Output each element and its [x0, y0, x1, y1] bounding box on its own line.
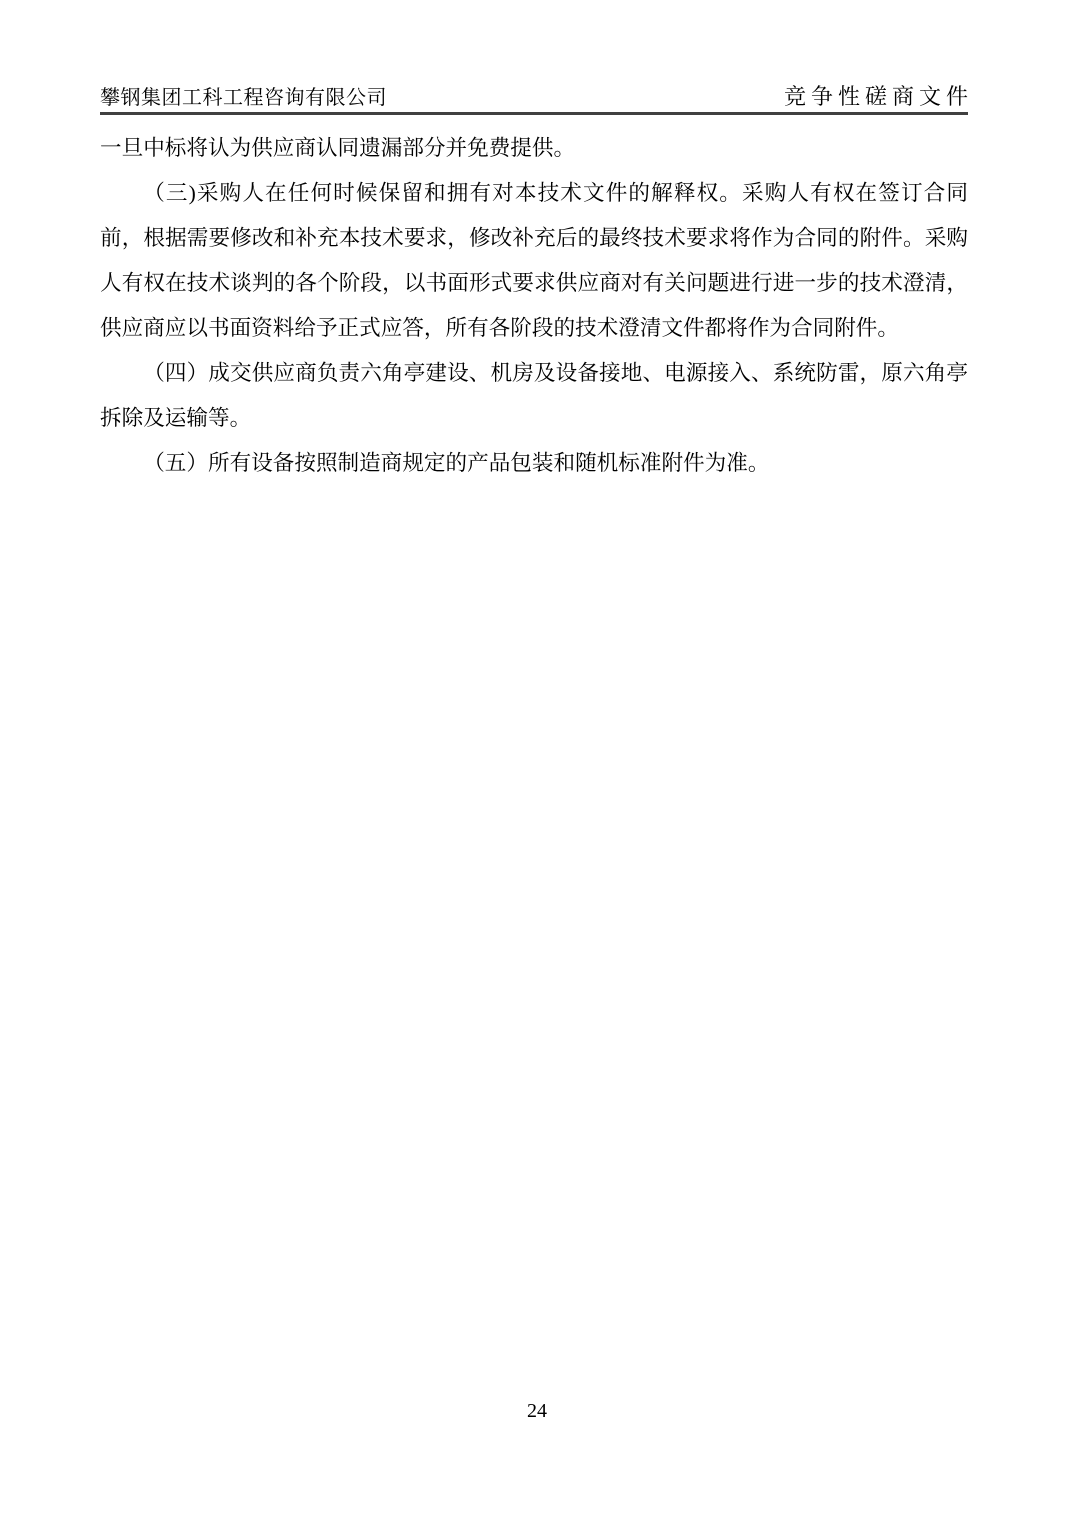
page-header: 攀钢集团工科工程咨询有限公司 竞争性磋商文件 — [100, 80, 968, 111]
header-company-name: 攀钢集团工科工程咨询有限公司 — [100, 81, 387, 110]
header-doc-type: 竞争性磋商文件 — [784, 80, 973, 111]
paragraph-item-5: （五）所有设备按照制造商规定的产品包装和随机标准附件为准。 — [100, 441, 968, 486]
page-number: 24 — [527, 1400, 547, 1422]
document-body: 一旦中标将认为供应商认同遗漏部分并免费提供。 （三)采购人在任何时候保留和拥有对… — [100, 126, 968, 486]
paragraph-item-4: （四）成交供应商负责六角亭建设、机房及设备接地、电源接入、系统防雷，原六角亭拆除… — [100, 351, 968, 441]
paragraph-continuation: 一旦中标将认为供应商认同遗漏部分并免费提供。 — [100, 126, 968, 171]
page-footer: 24 — [0, 1400, 1074, 1423]
paragraph-item-3: （三)采购人在任何时候保留和拥有对本技术文件的解释权。采购人有权在签订合同前，根… — [100, 171, 968, 351]
header-rule — [100, 112, 968, 115]
document-page: 攀钢集团工科工程咨询有限公司 竞争性磋商文件 一旦中标将认为供应商认同遗漏部分并… — [0, 0, 1074, 1520]
